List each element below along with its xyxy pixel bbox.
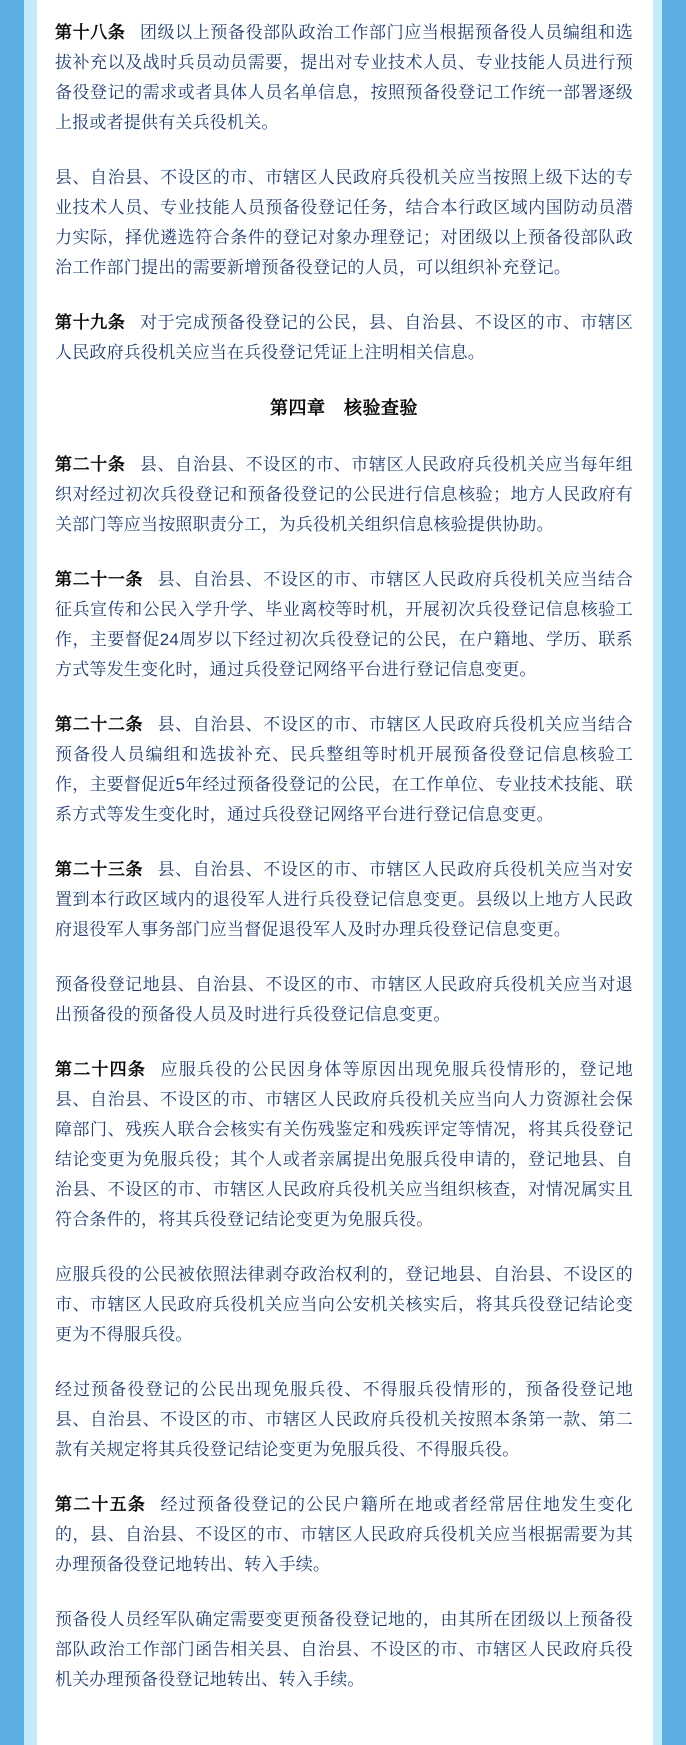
- paragraph-text: 应服兵役的公民被依照法律剥夺政治权利的，登记地县、自治县、不设区的市、市辖区人民…: [55, 1265, 633, 1344]
- paragraph-text: 对于完成预备役登记的公民，县、自治县、不设区的市、市辖区人民政府兵役机关应当在兵…: [55, 313, 633, 362]
- law-paragraph: 经过预备役登记的公民出现免服兵役、不得服兵役情形的，预备役登记地县、自治县、不设…: [55, 1375, 633, 1465]
- document-body: 第十八条团级以上预备役部队政治工作部门应当根据预备役人员编组和选拔补充以及战时兵…: [55, 18, 633, 1720]
- paragraph-text: 县、自治县、不设区的市、市辖区人民政府兵役机关应当每年组织对经过初次兵役登记和预…: [55, 455, 633, 534]
- paragraph-text: 经过预备役登记的公民出现免服兵役、不得服兵役情形的，预备役登记地县、自治县、不设…: [55, 1380, 633, 1459]
- article-number: 第十八条: [55, 23, 126, 42]
- paragraph-text: 预备役登记地县、自治县、不设区的市、市辖区人民政府兵役机关应当对退出预备役的预备…: [55, 975, 633, 1024]
- law-paragraph: 预备役登记地县、自治县、不设区的市、市辖区人民政府兵役机关应当对退出预备役的预备…: [55, 970, 633, 1030]
- law-paragraph: 县、自治县、不设区的市、市辖区人民政府兵役机关应当按照上级下达的专业技术人员、专…: [55, 163, 633, 283]
- right-inner-bar: [653, 0, 662, 1745]
- law-paragraph: 第二十条县、自治县、不设区的市、市辖区人民政府兵役机关应当每年组织对经过初次兵役…: [55, 450, 633, 540]
- law-paragraph: 第二十三条县、自治县、不设区的市、市辖区人民政府兵役机关应当对安置到本行政区域内…: [55, 855, 633, 945]
- paragraph-text: 预备役人员经军队确定需要变更预备役登记地的，由其所在团级以上预备役部队政治工作部…: [55, 1610, 633, 1689]
- article-number: 第二十一条: [55, 570, 143, 589]
- left-inner-bar: [24, 0, 37, 1745]
- paragraph-text: 团级以上预备役部队政治工作部门应当根据预备役人员编组和选拔补充以及战时兵员动员需…: [55, 23, 633, 132]
- paragraph-text: 县、自治县、不设区的市、市辖区人民政府兵役机关应当按照上级下达的专业技术人员、专…: [55, 168, 633, 277]
- law-paragraph: 第二十四条应服兵役的公民因身体等原因出现免服兵役情形的，登记地县、自治县、不设区…: [55, 1055, 633, 1235]
- left-outer-bar: [0, 0, 24, 1745]
- law-paragraph: 预备役人员经军队确定需要变更预备役登记地的，由其所在团级以上预备役部队政治工作部…: [55, 1605, 633, 1695]
- article-number: 第二十条: [55, 455, 126, 474]
- article-number: 第二十三条: [55, 860, 143, 879]
- article-number: 第二十二条: [55, 715, 143, 734]
- law-paragraph: 第二十一条县、自治县、不设区的市、市辖区人民政府兵役机关应当结合征兵宣传和公民入…: [55, 565, 633, 685]
- chapter-heading: 第四章 核验查验: [55, 393, 633, 423]
- law-paragraph: 第二十五条经过预备役登记的公民户籍所在地或者经常居住地发生变化的，县、自治县、不…: [55, 1490, 633, 1580]
- law-paragraph: 第二十二条县、自治县、不设区的市、市辖区人民政府兵役机关应当结合预备役人员编组和…: [55, 710, 633, 830]
- law-paragraph: 应服兵役的公民被依照法律剥夺政治权利的，登记地县、自治县、不设区的市、市辖区人民…: [55, 1260, 633, 1350]
- law-paragraph: 第十八条团级以上预备役部队政治工作部门应当根据预备役人员编组和选拔补充以及战时兵…: [55, 18, 633, 138]
- right-outer-bar: [662, 0, 686, 1745]
- article-number: 第二十五条: [55, 1495, 146, 1514]
- law-paragraph: 第十九条对于完成预备役登记的公民，县、自治县、不设区的市、市辖区人民政府兵役机关…: [55, 308, 633, 368]
- paragraph-text: 应服兵役的公民因身体等原因出现免服兵役情形的，登记地县、自治县、不设区的市、市辖…: [55, 1060, 633, 1229]
- article-number: 第二十四条: [55, 1060, 146, 1079]
- article-number: 第十九条: [55, 313, 126, 332]
